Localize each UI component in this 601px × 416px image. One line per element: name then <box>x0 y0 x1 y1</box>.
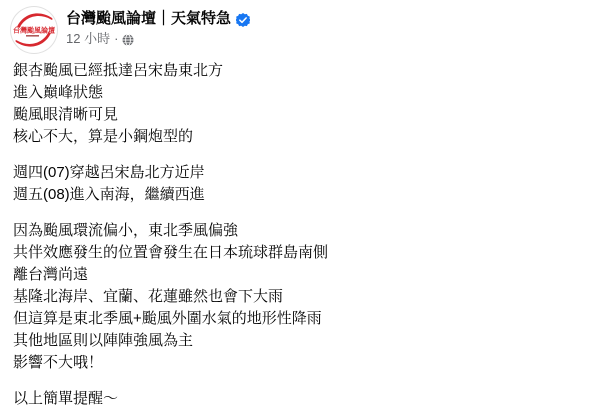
post-text: 銀杏颱風已經抵達呂宋島東北方進入巔峰狀態颱風眼清晰可見核心不大，算是小鋼炮型的週… <box>0 54 601 410</box>
avatar-logo-subtext <box>26 35 39 37</box>
facebook-post: 台灣颱風論壇 台灣颱風論壇｜天氣特急 12 小時 · <box>0 0 601 416</box>
post-line: 以上簡單提醒～ <box>13 388 588 410</box>
post-line: 基隆北海岸、宜蘭、花蓮雖然也會下大雨 <box>13 286 588 308</box>
post-line: 週五(08)進入南海，繼續西進 <box>13 184 588 206</box>
post-line: 影響不大哦！ <box>13 352 588 374</box>
page-name[interactable]: 台灣颱風論壇｜天氣特急 <box>66 9 231 29</box>
post-line: 共伴效應發生的位置會發生在日本琉球群島南側 <box>13 242 588 264</box>
post-line: 其他地區則以陣陣強風為主 <box>13 330 588 352</box>
header-text: 台灣颱風論壇｜天氣特急 12 小時 · <box>66 6 250 47</box>
globe-icon <box>122 34 134 46</box>
avatar-logo-text: 台灣颱風論壇 <box>13 26 55 35</box>
post-paragraph: 銀杏颱風已經抵達呂宋島東北方進入巔峰狀態颱風眼清晰可見核心不大，算是小鋼炮型的 <box>13 60 588 148</box>
post-line: 因為颱風環流偏小，東北季風偏強 <box>13 220 588 242</box>
typhoon-swirl-logo: 台灣颱風論壇 <box>11 7 57 53</box>
post-meta-row: 12 小時 · <box>66 31 250 47</box>
post-line: 銀杏颱風已經抵達呂宋島東北方 <box>13 60 588 82</box>
verified-badge-icon <box>236 13 250 27</box>
timestamp[interactable]: 12 小時 <box>66 31 110 47</box>
post-header: 台灣颱風論壇 台灣颱風論壇｜天氣特急 12 小時 · <box>0 0 601 54</box>
post-paragraph: 週四(07)穿越呂宋島北方近岸週五(08)進入南海，繼續西進 <box>13 162 588 206</box>
post-line: 核心不大，算是小鋼炮型的 <box>13 126 588 148</box>
post-line: 離台灣尚遠 <box>13 264 588 286</box>
post-line: 颱風眼清晰可見 <box>13 104 588 126</box>
page-avatar[interactable]: 台灣颱風論壇 <box>10 6 58 54</box>
post-line: 但這算是東北季風+颱風外圍水氣的地形性降雨 <box>13 308 588 330</box>
meta-separator: · <box>114 31 118 47</box>
post-line: 進入巔峰狀態 <box>13 82 588 104</box>
post-line: 週四(07)穿越呂宋島北方近岸 <box>13 162 588 184</box>
post-paragraph: 以上簡單提醒～ <box>13 388 588 410</box>
page-name-row: 台灣颱風論壇｜天氣特急 <box>66 9 250 29</box>
post-paragraph: 因為颱風環流偏小，東北季風偏強共伴效應發生的位置會發生在日本琉球群島南側離台灣尚… <box>13 220 588 374</box>
